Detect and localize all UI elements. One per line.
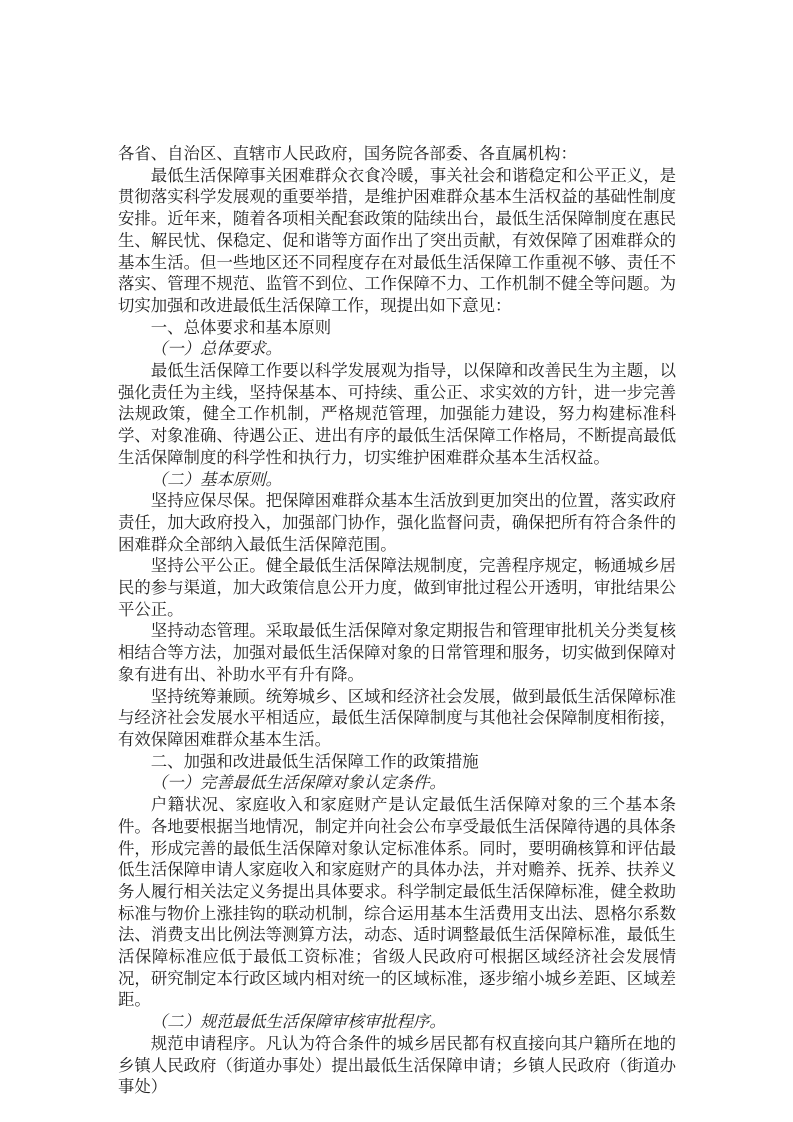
paragraph: 坚持应保尽保。把保障困难群众基本生活放到更加突出的位置，落实政府责任，加大政府投…	[118, 490, 676, 555]
paragraph: 坚持统筹兼顾。统筹城乡、区域和经济社会发展，做到最低生活保障标准与经济社会发展水…	[118, 686, 676, 751]
document-page: 各省、自治区、直辖市人民政府，国务院各部委、各直属机构：最低生活保障事关困难群众…	[0, 0, 793, 1122]
paragraph: 最低生活保障工作要以科学发展观为指导，以保障和改善民生为主题，以强化责任为主线，…	[118, 360, 676, 469]
section-heading: 一、总体要求和基本原则	[118, 317, 676, 339]
paragraph: 坚持动态管理。采取最低生活保障对象定期报告和管理审批机关分类复核相结合等方法，加…	[118, 620, 676, 685]
sub-heading: （二）基本原则。	[118, 469, 676, 491]
salutation-line: 各省、自治区、直辖市人民政府，国务院各部委、各直属机构：	[118, 143, 676, 165]
sub-heading: （一）总体要求。	[118, 338, 676, 360]
paragraph: 户籍状况、家庭收入和家庭财产是认定最低生活保障对象的三个基本条件。各地要根据当地…	[118, 794, 676, 1011]
sub-heading: （二）规范最低生活保障审核审批程序。	[118, 1011, 676, 1033]
document-body: 各省、自治区、直辖市人民政府，国务院各部委、各直属机构：最低生活保障事关困难群众…	[118, 143, 676, 1098]
paragraph: 最低生活保障事关困难群众衣食冷暖，事关社会和谐稳定和公平正义，是贯彻落实科学发展…	[118, 165, 676, 317]
section-heading: 二、加强和改进最低生活保障工作的政策措施	[118, 751, 676, 773]
paragraph: 规范申请程序。凡认为符合条件的城乡居民都有权直接向其户籍所在地的乡镇人民政府（街…	[118, 1033, 676, 1098]
paragraph: 坚持公平公正。健全最低生活保障法规制度，完善程序规定，畅通城乡居民的参与渠道，加…	[118, 555, 676, 620]
sub-heading: （一）完善最低生活保障对象认定条件。	[118, 772, 676, 794]
